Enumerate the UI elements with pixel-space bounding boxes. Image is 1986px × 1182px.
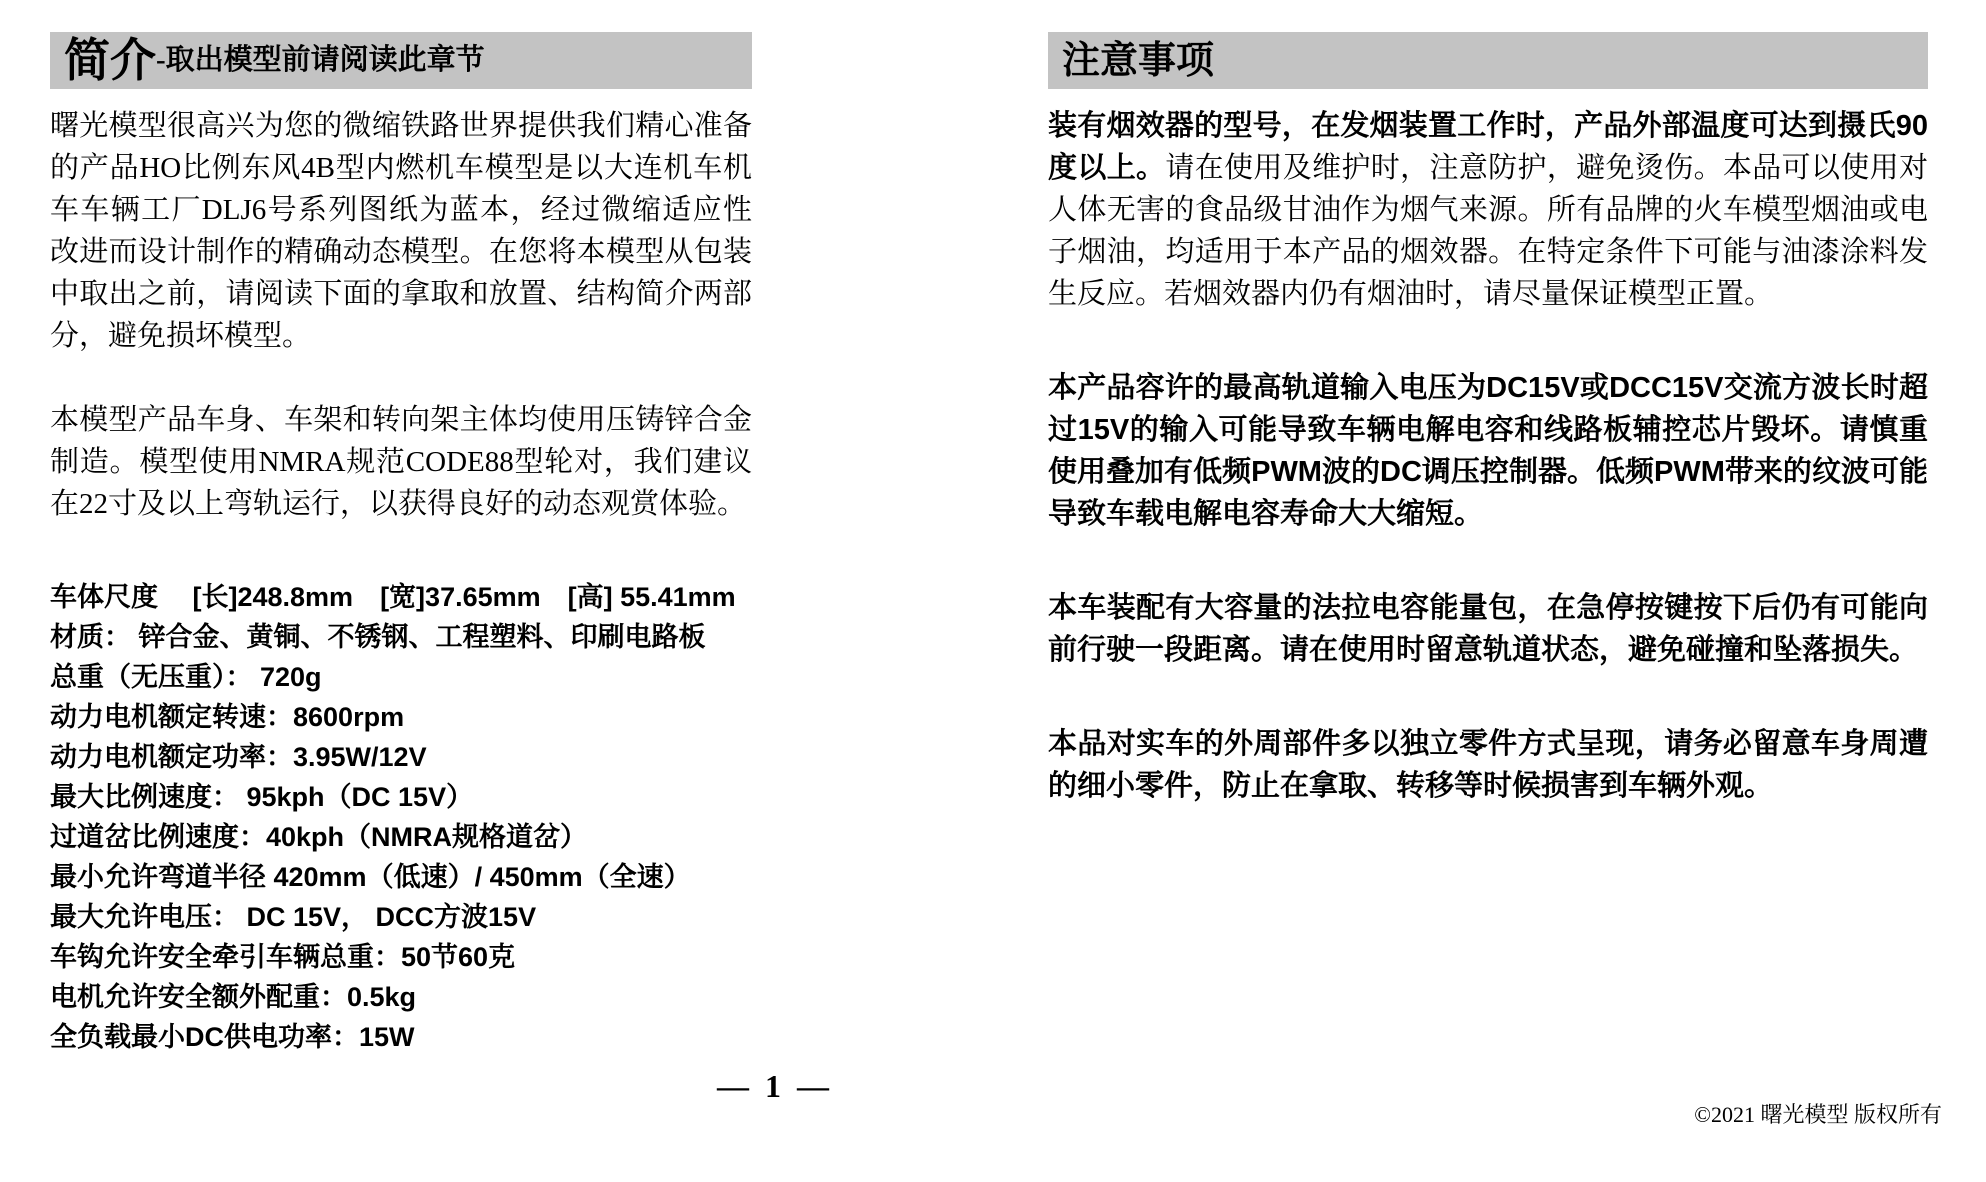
page-number-value: 1 [765, 1068, 781, 1104]
notice-smoke-warning-rest: 请在使用及维护时，注意防护，避免烫伤。本品可以使用对人体无害的食品级甘油作为烟气… [1048, 152, 1928, 310]
intro-subtitle: -取出模型前请阅读此章节 [156, 46, 485, 75]
spec-list: 车体尺度 [长]248.8mm [宽]37.65mm [高] 55.41mm 材… [50, 577, 752, 1057]
spec-line-turnout-speed: 过道岔比例速度：40kph（NMRA规格道岔） [50, 817, 752, 857]
spec-line-materials: 材质： 锌合金、黄铜、不锈钢、工程塑料、印刷电路板 [50, 617, 752, 657]
spec-line-motor-power: 动力电机额定功率：3.95W/12V [50, 737, 752, 777]
spec-line-max-scale-speed: 最大比例速度： 95kph（DC 15V） [50, 777, 752, 817]
spec-line-motor-rpm: 动力电机额定转速：8600rpm [50, 697, 752, 737]
spec-line-min-dc-power: 全负载最小DC供电功率：15W [50, 1017, 752, 1057]
intro-paragraph-1: 曙光模型很高兴为您的微缩铁路世界提供我们精心准备的产品HO比例东风4B型内燃机车… [50, 105, 752, 357]
notice-paragraph-parts: 本品对实车的外周部件多以独立零件方式呈现，请务必留意车身周遭的细小零件，防止在拿… [1048, 723, 1928, 807]
spec-line-dimensions: 车体尺度 [长]248.8mm [宽]37.65mm [高] 55.41mm [50, 577, 752, 617]
intro-paragraph-2: 本模型产品车身、车架和转向架主体均使用压铸锌合金制造。模型使用NMRA规范COD… [50, 399, 752, 525]
intro-title: 简介 [64, 38, 156, 84]
notice-paragraph-smoke: 装有烟效器的型号，在发烟装置工作时，产品外部温度可达到摄氏90度以上。请在使用及… [1048, 105, 1928, 315]
notice-paragraph-capacitor: 本车装配有大容量的法拉电容能量包，在急停按键按下后仍有可能向前行驶一段距离。请在… [1048, 587, 1928, 671]
page-number-dash-right: — [797, 1068, 829, 1104]
copyright: ©2021 曙光模型 版权所有 [1694, 1098, 1942, 1129]
spec-line-min-radius: 最小允许弯道半径 420mm（低速）/ 450mm（全速） [50, 857, 752, 897]
notice-paragraph-voltage: 本产品容许的最高轨道输入电压为DC15V或DCC15V交流方波长时超过15V的输… [1048, 367, 1928, 535]
manual-page: 简介-取出模型前请阅读此章节 曙光模型很高兴为您的微缩铁路世界提供我们精心准备的… [0, 0, 1986, 1182]
notice-header-bar: 注意事项 [1048, 32, 1928, 89]
page-number: —1— [663, 1068, 883, 1105]
notice-section: 注意事项 装有烟效器的型号，在发烟装置工作时，产品外部温度可达到摄氏90度以上。… [1048, 32, 1928, 807]
intro-section: 简介-取出模型前请阅读此章节 曙光模型很高兴为您的微缩铁路世界提供我们精心准备的… [50, 32, 752, 1057]
spec-line-weight: 总重（无压重）： 720g [50, 657, 752, 697]
spec-line-extra-ballast: 电机允许安全额外配重：0.5kg [50, 977, 752, 1017]
page-number-dash-left: — [717, 1068, 749, 1104]
spec-line-coupler-load: 车钩允许安全牵引车辆总重：50节60克 [50, 937, 752, 977]
spec-line-max-voltage: 最大允许电压： DC 15V， DCC方波15V [50, 897, 752, 937]
intro-header-bar: 简介-取出模型前请阅读此章节 [50, 32, 752, 89]
notice-title: 注意事项 [1062, 42, 1214, 80]
